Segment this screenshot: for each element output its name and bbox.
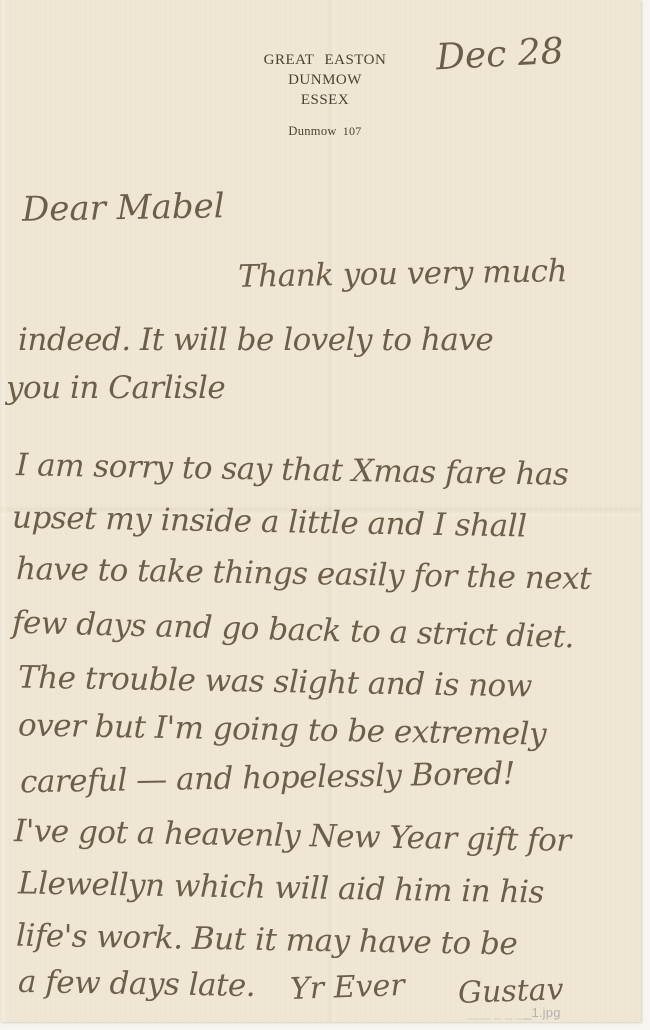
letter-paper: GREAT EASTON DUNMOW ESSEX Dunmow107 Dec … [0, 0, 641, 1022]
body-line: over but I'm going to be extremely [18, 707, 547, 752]
letter-date: Dec 28 [435, 31, 565, 79]
body-line: Thank you very much [238, 253, 568, 295]
body-line: have to take things easily for the next [16, 551, 592, 597]
body-line: few days and go back to a strict diet. [12, 605, 575, 656]
body-line: life's work. But it may have to be [16, 918, 518, 963]
letterhead-line-2: DUNMOW [230, 70, 420, 90]
filename-watermark: ___ _ _ __1.jpg [468, 1005, 561, 1020]
body-line: you in Carlisle [6, 370, 225, 406]
watermark-suffix: _1.jpg [524, 1005, 561, 1020]
body-line: Llewellyn which will aid him in his [18, 865, 544, 910]
letterhead-phone: Dunmow107 [230, 124, 420, 139]
body-line: I am sorry to say that Xmas fare has [16, 447, 569, 493]
body-line: upset my inside a little and I shall [12, 500, 527, 545]
phone-exchange: Dunmow [288, 124, 336, 138]
body-line: The trouble was slight and is now [18, 660, 532, 705]
watermark-prefix: ___ _ _ _ [468, 1005, 524, 1020]
letterhead-line-1: GREAT EASTON [230, 50, 420, 70]
letterhead: GREAT EASTON DUNMOW ESSEX Dunmow107 [230, 50, 420, 139]
phone-number: 107 [343, 124, 362, 138]
body-line: a few days late. [18, 964, 256, 1004]
body-line: I've got a heavenly New Year gift for [14, 813, 571, 859]
salutation: Dear Mabel [22, 186, 225, 230]
letterhead-line-3: ESSEX [230, 90, 420, 110]
body-line: indeed. It will be lovely to have [18, 322, 493, 358]
body-line: careful — and hopelessly Bored! [20, 756, 515, 801]
closing: Yr Ever [289, 968, 405, 1007]
